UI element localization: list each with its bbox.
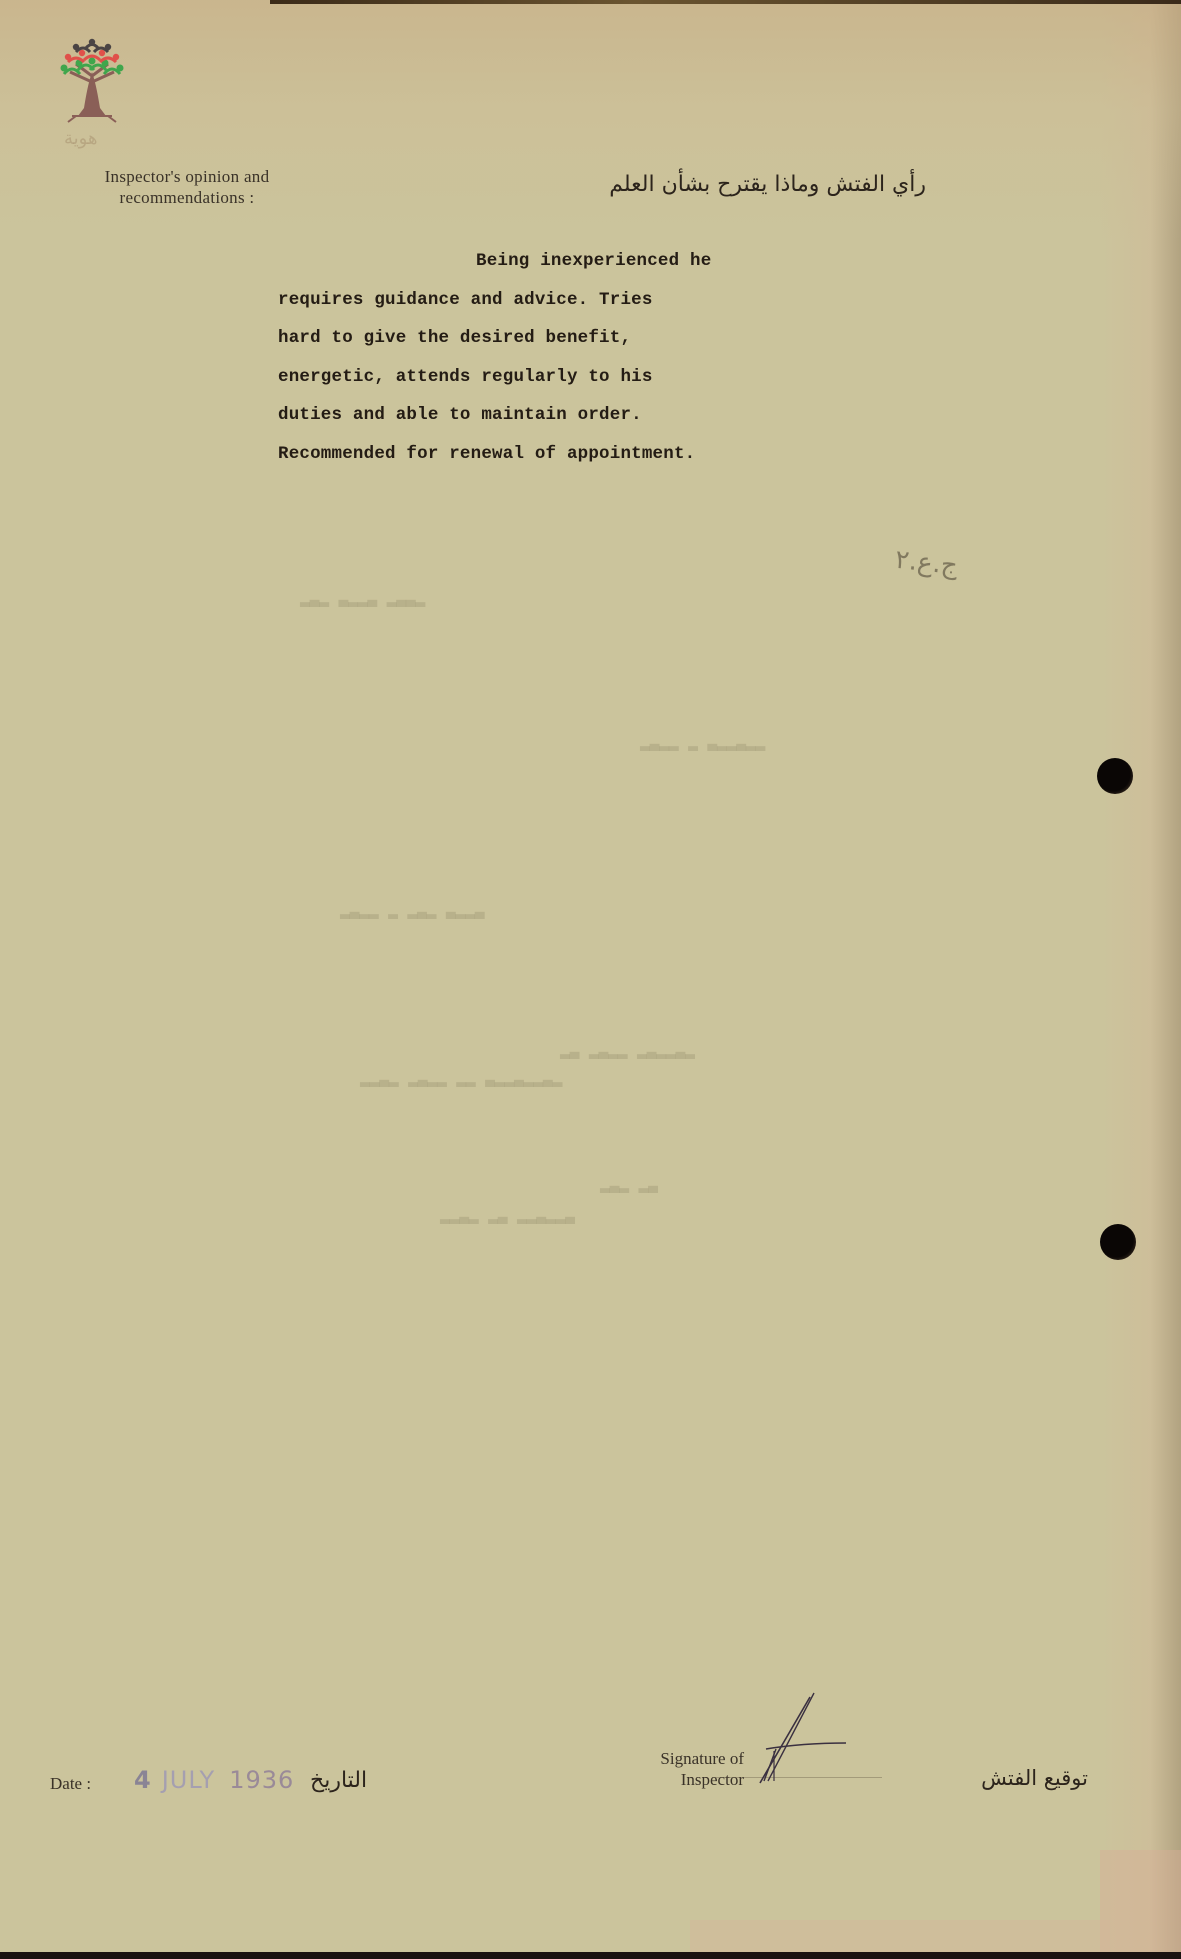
label-line-2: recommendations : (42, 187, 332, 208)
punch-hole (1097, 758, 1133, 794)
date-label: Date : (50, 1774, 91, 1794)
tree-of-people-logo-icon (52, 24, 132, 134)
bleed-through-text: ▂▃▂▂ ▂ ▃▂▂▃▂▂ (640, 732, 765, 752)
remark-line: Being inexperienced he (278, 242, 918, 281)
paper-bottom-edge (0, 1952, 1181, 1959)
bleed-through-text: ▂▂▃▂ ▂▃ ▂▂▃▂▂▃ (440, 1205, 575, 1225)
inspector-opinion-label: Inspector's opinion and recommendations … (42, 166, 332, 208)
remark-line: duties and able to maintain order. (278, 396, 918, 435)
label-line-1: Inspector's opinion and (42, 166, 332, 187)
bleed-through-text: ▂▃▂ ▃▂▂▃ ▂▃▃▂ (300, 588, 425, 608)
logo-caption: هوية (64, 128, 97, 149)
signature-label-line-2: Inspector (596, 1769, 744, 1790)
inspector-opinion-label-ar: رأي الفتش وماذا يقترح بشأن العلم (609, 172, 926, 197)
bleed-through-text: ▂▂▃▂ ▂▃▂▂ ▂▂ ▃▂▂▃▂▂▃▂ (360, 1068, 562, 1088)
signature-label-ar: توقيع الفتش (981, 1766, 1088, 1790)
punch-hole (1100, 1224, 1136, 1260)
date-day: 4 (134, 1766, 152, 1794)
handwritten-mark: ج.ع.٢ (894, 545, 960, 581)
paper-stain (1100, 1850, 1181, 1952)
date-stamp: 4JULY1936 (134, 1766, 294, 1794)
handwritten-signature-icon (752, 1685, 852, 1795)
date-year: 1936 (229, 1766, 294, 1794)
bleed-through-text: ▂▃▂▂ ▂ ▂▃▂ ▃▂▂▃ (340, 900, 484, 920)
signature-label: Signature of Inspector (596, 1748, 744, 1790)
remark-line: requires guidance and advice. Tries (278, 281, 918, 320)
archive-logo (52, 24, 132, 134)
paper-top-edge (270, 0, 1181, 4)
remark-line: hard to give the desired benefit, (278, 319, 918, 358)
remark-line: Recommended for renewal of appointment. (278, 435, 918, 474)
signature-label-line-1: Signature of (596, 1748, 744, 1769)
date-label-ar: التاريخ (310, 1768, 367, 1793)
bleed-through-text: ▂▃▂ ▂▃ (600, 1174, 658, 1194)
document-page: هوية Inspector's opinion and recommendat… (0, 0, 1181, 1952)
inspector-remarks: Being inexperienced he requires guidance… (278, 242, 918, 473)
paper-stain (690, 1920, 1110, 1952)
date-month: JULY (162, 1766, 216, 1794)
remark-line: energetic, attends regularly to his (278, 358, 918, 397)
bleed-through-text: ▂▃ ▂▃▂▂ ▂▃▂▂▃▂ (560, 1040, 695, 1060)
